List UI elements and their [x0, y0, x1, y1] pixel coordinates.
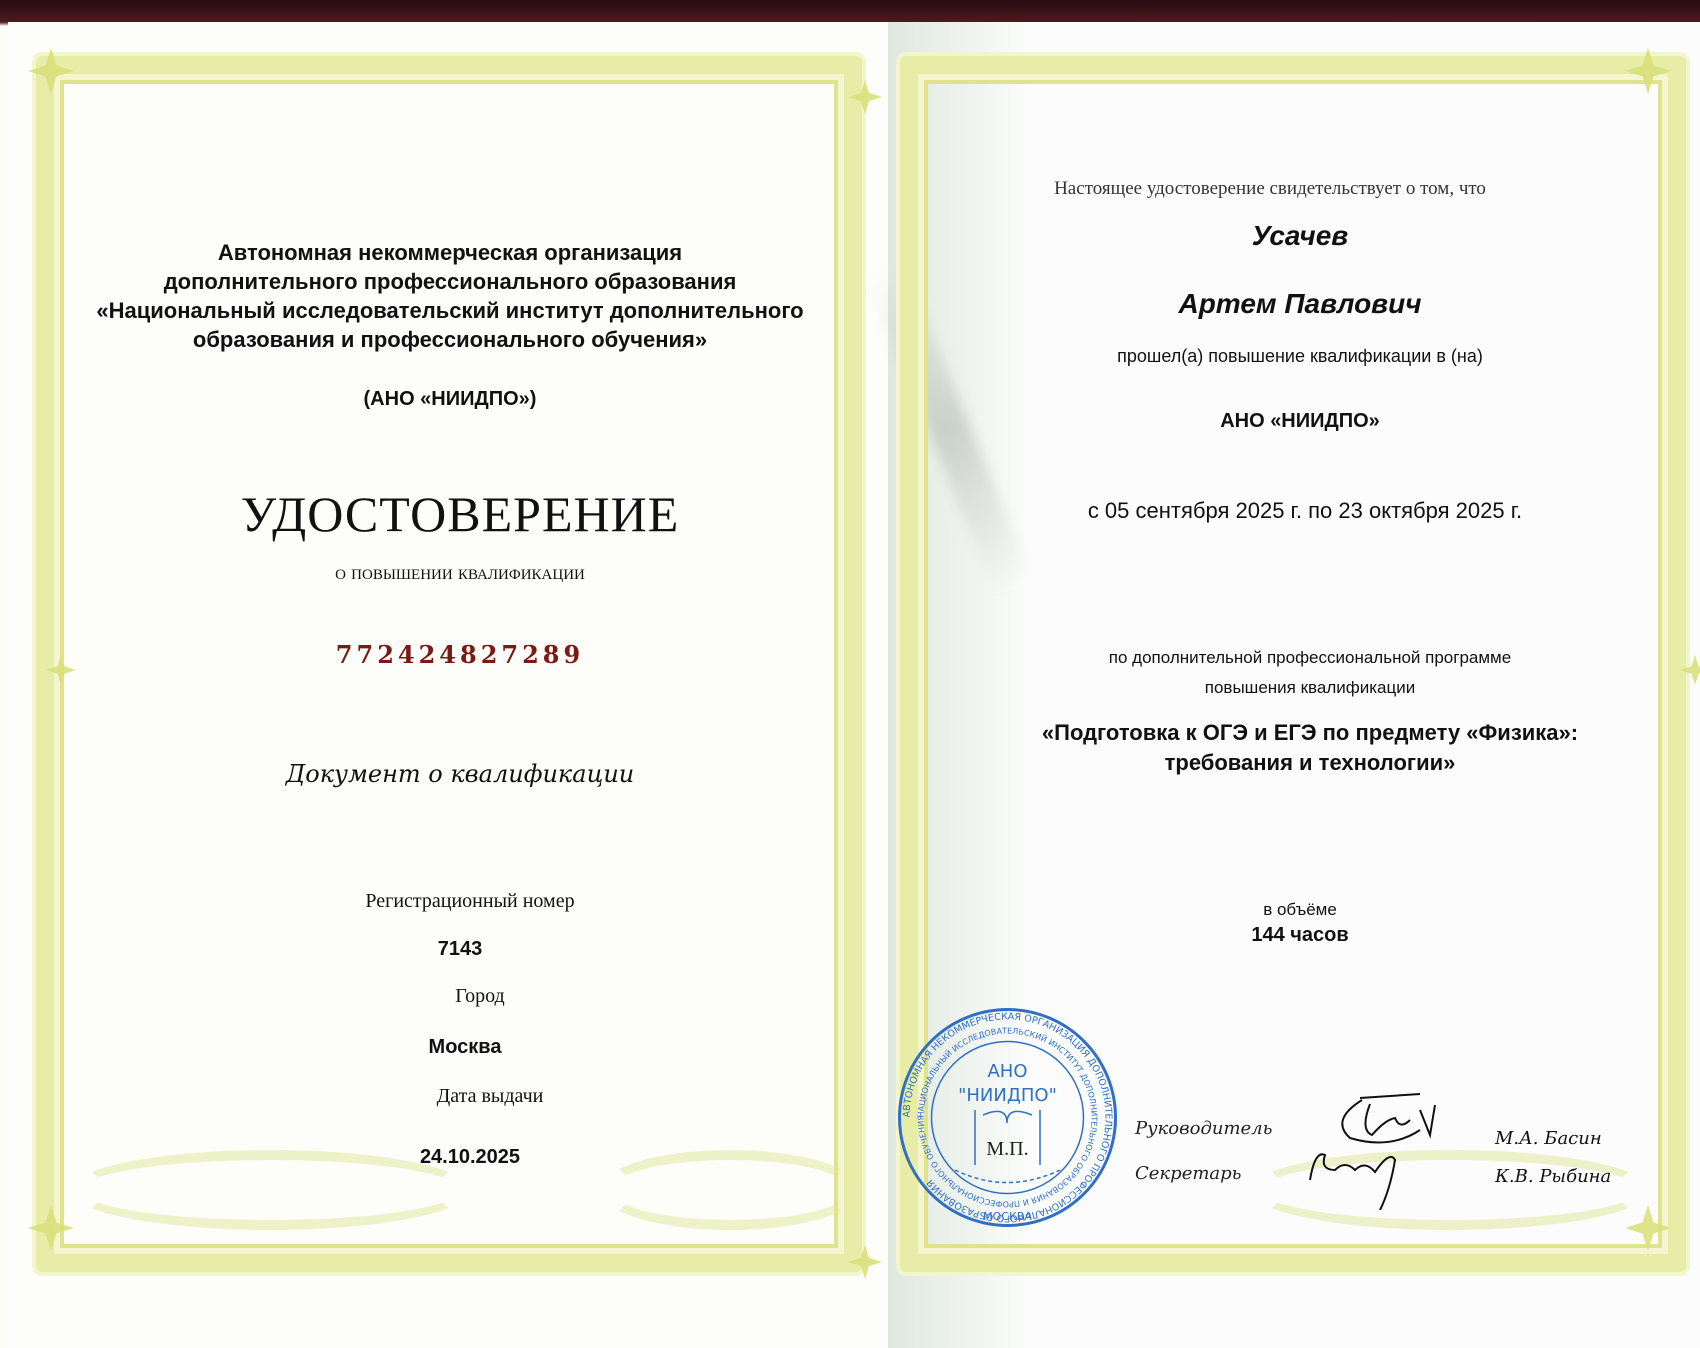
training-period: с 05 сентября 2025 г. по 23 октября 2025…: [1020, 498, 1590, 524]
org-line: «Национальный исследовательский институт…: [70, 296, 830, 325]
signatory-name: М.А. Басин: [1495, 1128, 1602, 1149]
city-label: Город: [420, 985, 540, 1008]
signatory-name: К.В. Рыбина: [1495, 1166, 1611, 1187]
volume-hours: 144 часов: [1200, 924, 1400, 947]
certificate-intro: Настоящее удостоверение свидетельствует …: [1010, 178, 1530, 200]
signature-director-icon: [1300, 1090, 1460, 1210]
issuing-organization: АНО «НИИДПО»: [1150, 410, 1450, 433]
program-name-line: «Подготовка к ОГЭ и ЕГЭ по предмету «Физ…: [1000, 718, 1620, 748]
org-line: образования и профессионального обучения…: [70, 325, 830, 354]
seal-placeholder: М.П.: [986, 1138, 1028, 1160]
signatory-role: Секретарь: [1135, 1163, 1241, 1184]
stamp-center-text: АНО: [987, 1061, 1027, 1082]
holder-surname: Усачев: [1150, 220, 1450, 252]
organization-abbr: (АНО «НИИДПО»): [250, 388, 650, 411]
issue-date: 24.10.2025: [380, 1146, 560, 1169]
stamp-city: МОСКВА: [983, 1210, 1032, 1223]
org-line: дополнительного профессионального образо…: [70, 267, 830, 296]
org-line: Автономная некоммерческая организация: [70, 238, 830, 267]
organization-name: Автономная некоммерческая организация до…: [70, 238, 830, 354]
signatory-role: Руководитель: [1135, 1118, 1272, 1139]
guilloche-wave: [600, 1150, 860, 1230]
document-subtitle: о повышении квалификации: [200, 560, 720, 585]
program-intro-line1: по дополнительной профессиональной прогр…: [1040, 648, 1580, 668]
registration-label: Регистрационный номер: [340, 890, 600, 913]
program-intro-line2: повышения квалификации: [1100, 678, 1520, 698]
program-name: «Подготовка к ОГЭ и ЕГЭ по предмету «Физ…: [1000, 718, 1620, 778]
volume-label: в объёме: [1200, 900, 1400, 920]
document-title: УДОСТОВЕРЕНИЕ: [180, 485, 740, 543]
registration-number: 7143: [380, 938, 540, 961]
holder-given-names: Артем Павлович: [1090, 288, 1510, 320]
issue-date-label: Дата выдачи: [390, 1085, 590, 1108]
serial-number: 772424827289: [260, 640, 660, 669]
organization-stamp: АВТОНОМНАЯ НЕКОММЕРЧЕСКАЯ ОРГАНИЗАЦИЯ ДО…: [895, 1005, 1120, 1230]
city-value: Москва: [390, 1036, 540, 1059]
stamp-center-text: "НИИДПО": [958, 1085, 1057, 1106]
laurel-icon: [955, 1170, 1060, 1183]
passed-text: прошел(а) повышение квалификации в (на): [1060, 346, 1540, 367]
document-type: Документ о квалификации: [220, 760, 700, 788]
program-name-line: требования и технологии»: [1000, 748, 1620, 778]
